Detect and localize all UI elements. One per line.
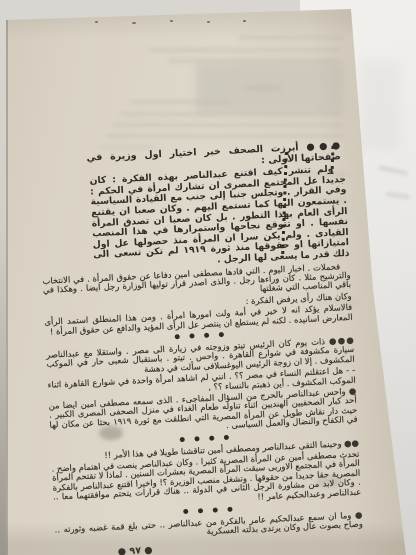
page-edge-speckle (243, 20, 246, 22)
page-edge-speckle (170, 20, 173, 22)
page-edge-speckle (132, 22, 136, 24)
photo-of-book-page: ●●● أبرزت الصحف خبر اختيار اول وزيرة في … (0, 0, 416, 555)
facing-page-ghost-mark (360, 60, 400, 150)
bleed-through-line (120, 112, 340, 116)
lead-paragraph: ولم تنشر كيف اقتنع عبدالناصر بهذه الفكرة… (89, 164, 349, 272)
facing-page-ghost-mark (378, 165, 408, 176)
bleed-through-line (105, 134, 343, 138)
bleed-through-line (112, 123, 342, 127)
bleed-through-line (168, 59, 338, 63)
page-edge-speckle (95, 21, 98, 23)
facing-page-ghost-mark (386, 191, 410, 199)
bleed-through-line (130, 100, 230, 104)
page-text: ●●● أبرزت الصحف خبر اختيار اول وزيرة في … (36, 141, 363, 555)
bleed-through-line (238, 36, 343, 40)
page-edge-speckle (207, 21, 210, 23)
bleed-through-line (150, 48, 340, 52)
page-number: ● ٩٧ ● (118, 543, 178, 555)
bleed-through-line (98, 145, 158, 149)
book-page: ●●● أبرزت الصحف خبر اختيار اول وزيرة في … (0, 0, 416, 555)
bleed-through-line (244, 86, 282, 90)
